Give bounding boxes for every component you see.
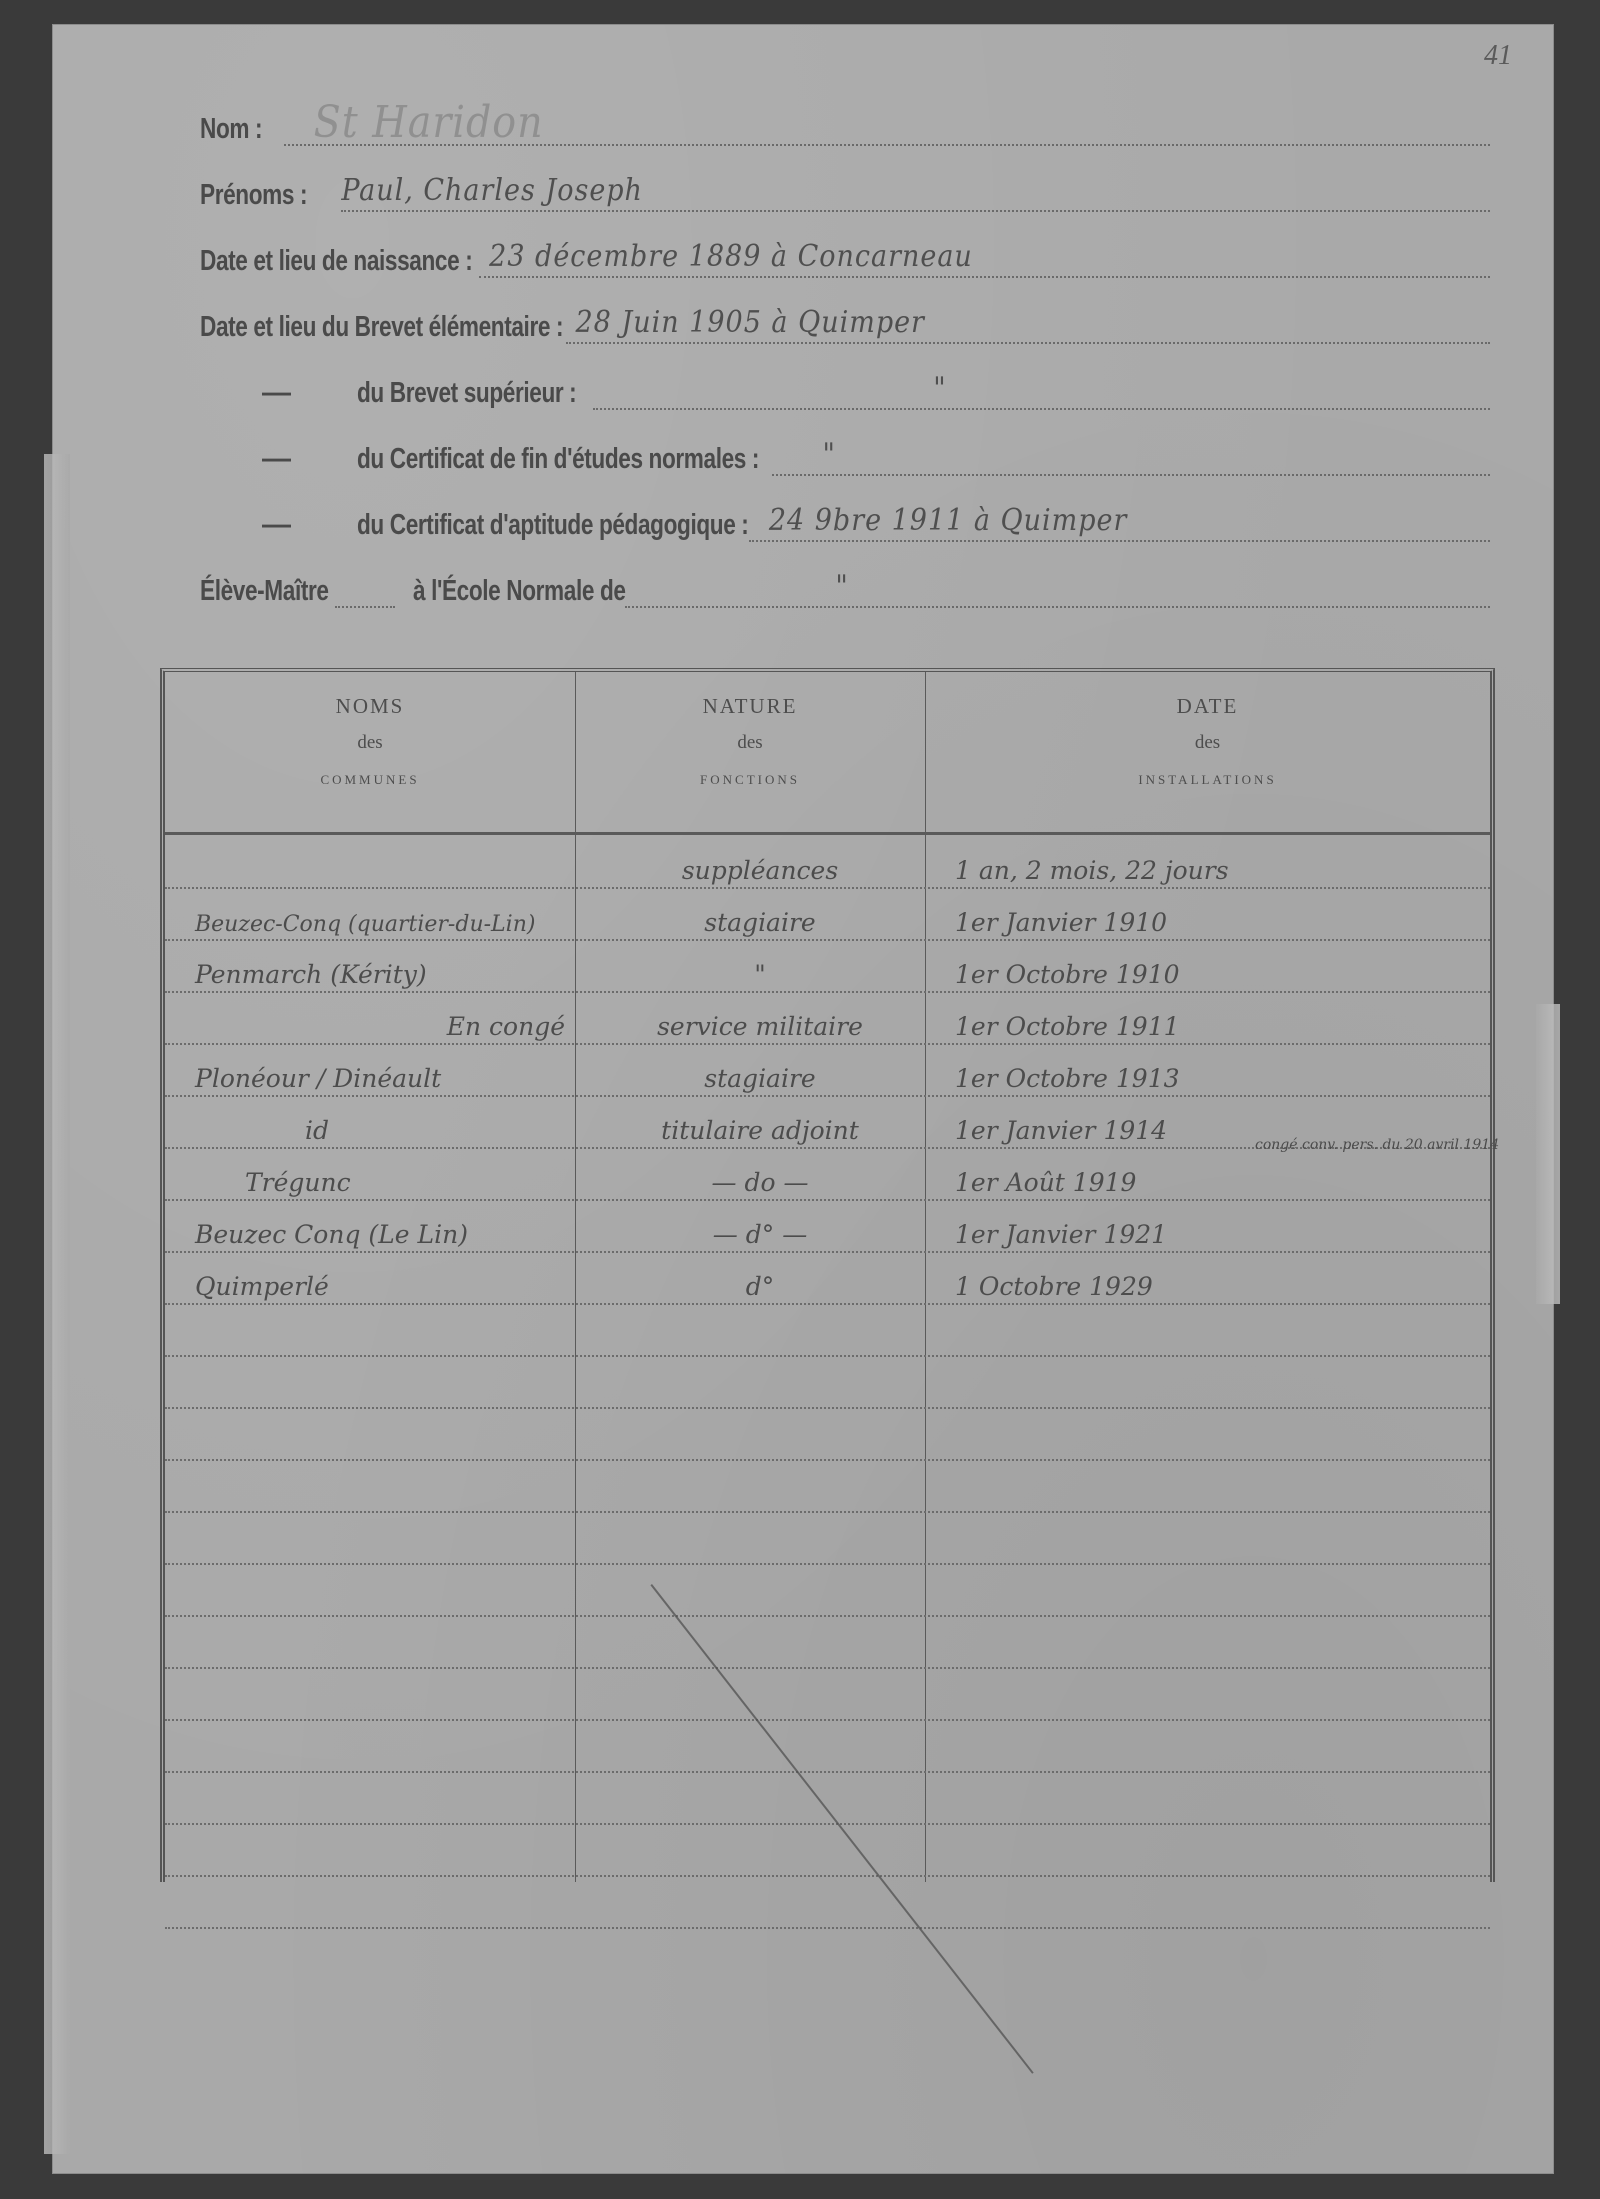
table-row-empty <box>165 1511 1490 1565</box>
cell-fonction: stagiaire <box>595 908 925 937</box>
cell-date: 1 an, 2 mois, 22 jours <box>955 856 1229 885</box>
header-line2: des <box>165 732 575 754</box>
table-row-empty <box>165 1875 1490 1929</box>
cell-date: 1er Octobre 1910 <box>955 960 1180 989</box>
cell-commune: Penmarch (Kérity) <box>195 960 427 989</box>
field-naissance: Date et lieu de naissance : 23 décembre … <box>200 242 1490 278</box>
header-line1: DATE <box>925 694 1490 719</box>
table-row-empty <box>165 1823 1490 1877</box>
cell-commune: Trégunc <box>245 1168 351 1197</box>
cell-fonction: suppléances <box>595 856 925 885</box>
field-certificat-aptitude: — du Certificat d'aptitude pédagogique :… <box>262 506 1490 542</box>
field-value-nom: St Haridon <box>314 97 544 148</box>
header-line2: des <box>575 732 925 754</box>
table-row: id titulaire adjoint 1er Janvier 1914 co… <box>165 1095 1490 1149</box>
field-label: du Certificat d'aptitude pédagogique : <box>357 509 748 542</box>
table-row: Penmarch (Kérity) " 1er Octobre 1910 <box>165 939 1490 993</box>
field-line: " <box>593 374 1490 410</box>
field-line: " <box>772 440 1490 476</box>
cell-date: 1er Janvier 1910 <box>955 908 1167 937</box>
cell-fonction: service militaire <box>595 1012 925 1041</box>
table-row-empty <box>165 1459 1490 1513</box>
field-line: 28 Juin 1905 à Quimper <box>566 308 1491 344</box>
table-row-empty <box>165 1771 1490 1825</box>
table-row-empty <box>165 1355 1490 1409</box>
cell-date: 1 Octobre 1929 <box>955 1272 1153 1301</box>
header-line3: FONCTIONS <box>575 772 925 788</box>
table-row: Beuzec-Conq (quartier-du-Lin) stagiaire … <box>165 887 1490 941</box>
field-label: du Brevet supérieur : <box>357 377 576 410</box>
cell-commune: En congé <box>447 1012 565 1041</box>
field-label: Date et lieu de naissance : <box>200 245 472 278</box>
cell-fonction: titulaire adjoint <box>595 1116 925 1145</box>
header-communes: NOMS des COMMUNES <box>165 672 575 832</box>
cell-fonction: d° <box>595 1272 925 1301</box>
field-value-brevet-elementaire: 28 Juin 1905 à Quimper <box>576 305 925 340</box>
frayed-edge-left <box>44 454 70 2154</box>
field-value-certificat-aptitude: 24 9bre 1911 à Quimper <box>769 503 1128 538</box>
cell-fonction: — do — <box>595 1168 925 1197</box>
cell-commune: Beuzec-Conq (quartier-du-Lin) <box>195 912 535 937</box>
cell-date: 1er Octobre 1911 <box>955 1012 1180 1041</box>
cell-commune: Beuzec Conq (Le Lin) <box>195 1220 468 1249</box>
cell-commune: Quimperlé <box>195 1272 329 1301</box>
field-certificat-fin-etudes: — du Certificat de fin d'études normales… <box>262 440 1490 476</box>
cell-commune: Plonéour / Dinéault <box>195 1064 441 1093</box>
table-row-empty <box>165 1667 1490 1721</box>
header-fonctions: NATURE des FONCTIONS <box>575 672 925 832</box>
header-line3: COMMUNES <box>165 772 575 788</box>
ditto-dash: — <box>262 377 317 410</box>
field-brevet-elementaire: Date et lieu du Brevet élémentaire : 28 … <box>200 308 1490 344</box>
field-eleve-maitre: Élève-Maître à l'École Normale de " <box>200 572 1490 608</box>
table-row: Plonéour / Dinéault stagiaire 1er Octobr… <box>165 1043 1490 1097</box>
ditto-dash: — <box>262 443 317 476</box>
header-line2: des <box>925 732 1490 754</box>
field-value-prenoms: Paul, Charles Joseph <box>341 173 643 208</box>
table-row: En congé service militaire 1er Octobre 1… <box>165 991 1490 1045</box>
table-row: Beuzec Conq (Le Lin) — d° — 1er Janvier … <box>165 1199 1490 1253</box>
cell-date: 1er Août 1919 <box>955 1168 1136 1197</box>
cell-commune: id <box>305 1116 329 1145</box>
table-row-empty <box>165 1407 1490 1461</box>
field-label: Nom : <box>200 113 262 146</box>
cell-fonction: — d° — <box>595 1220 925 1249</box>
table-row-empty <box>165 1719 1490 1773</box>
table-row-empty <box>165 1563 1490 1617</box>
field-label-ecole: à l'École Normale de <box>413 575 626 608</box>
field-line: 23 décembre 1889 à Concarneau <box>479 242 1490 278</box>
field-value-brevet-superieur: " <box>933 371 946 406</box>
corner-annotation: 41 <box>1484 40 1512 72</box>
header-line1: NOMS <box>165 694 575 719</box>
field-value-certificat-fin-etudes: " <box>822 437 835 472</box>
table-header: NOMS des COMMUNES NATURE des FONCTIONS D… <box>165 672 1490 835</box>
field-label: Élève-Maître <box>200 575 329 608</box>
header-line1: NATURE <box>575 694 925 719</box>
installations-table: NOMS des COMMUNES NATURE des FONCTIONS D… <box>160 668 1495 1882</box>
table-row-empty <box>165 1303 1490 1357</box>
document-sheet: 41 Nom : St Haridon Prénoms : Paul, Char… <box>52 24 1554 2174</box>
cell-date: 1er Janvier 1921 <box>955 1220 1167 1249</box>
field-line-short <box>335 572 395 608</box>
header-line3: INSTALLATIONS <box>925 772 1490 788</box>
field-value-ecole-normale: " <box>835 569 848 604</box>
cell-date: 1er Octobre 1913 <box>955 1064 1180 1093</box>
cell-fonction: stagiaire <box>595 1064 925 1093</box>
field-nom: Nom : St Haridon <box>200 110 1490 146</box>
field-value-naissance: 23 décembre 1889 à Concarneau <box>489 239 973 274</box>
field-label: Date et lieu du Brevet élémentaire : <box>200 311 563 344</box>
frayed-edge-right <box>1536 1004 1560 1304</box>
table-row: Trégunc — do — 1er Août 1919 <box>165 1147 1490 1201</box>
table-row: suppléances 1 an, 2 mois, 22 jours <box>165 835 1490 889</box>
field-prenoms: Prénoms : Paul, Charles Joseph <box>200 176 1490 212</box>
table-body: suppléances 1 an, 2 mois, 22 jours Beuze… <box>165 835 1490 1882</box>
cell-fonction: " <box>595 960 925 989</box>
field-brevet-superieur: — du Brevet supérieur : " <box>262 374 1490 410</box>
header-installations: DATE des INSTALLATIONS <box>925 672 1490 832</box>
field-line: " <box>625 572 1490 608</box>
field-line: St Haridon <box>284 110 1490 146</box>
ditto-dash: — <box>262 509 317 542</box>
field-label: du Certificat de fin d'études normales : <box>357 443 759 476</box>
cell-date: 1er Janvier 1914 <box>955 1116 1167 1145</box>
field-line: 24 9bre 1911 à Quimper <box>749 506 1490 542</box>
table-row-empty <box>165 1615 1490 1669</box>
field-line: Paul, Charles Joseph <box>341 176 1490 212</box>
table-row: Quimperlé d° 1 Octobre 1929 <box>165 1251 1490 1305</box>
field-label: Prénoms : <box>200 179 307 212</box>
